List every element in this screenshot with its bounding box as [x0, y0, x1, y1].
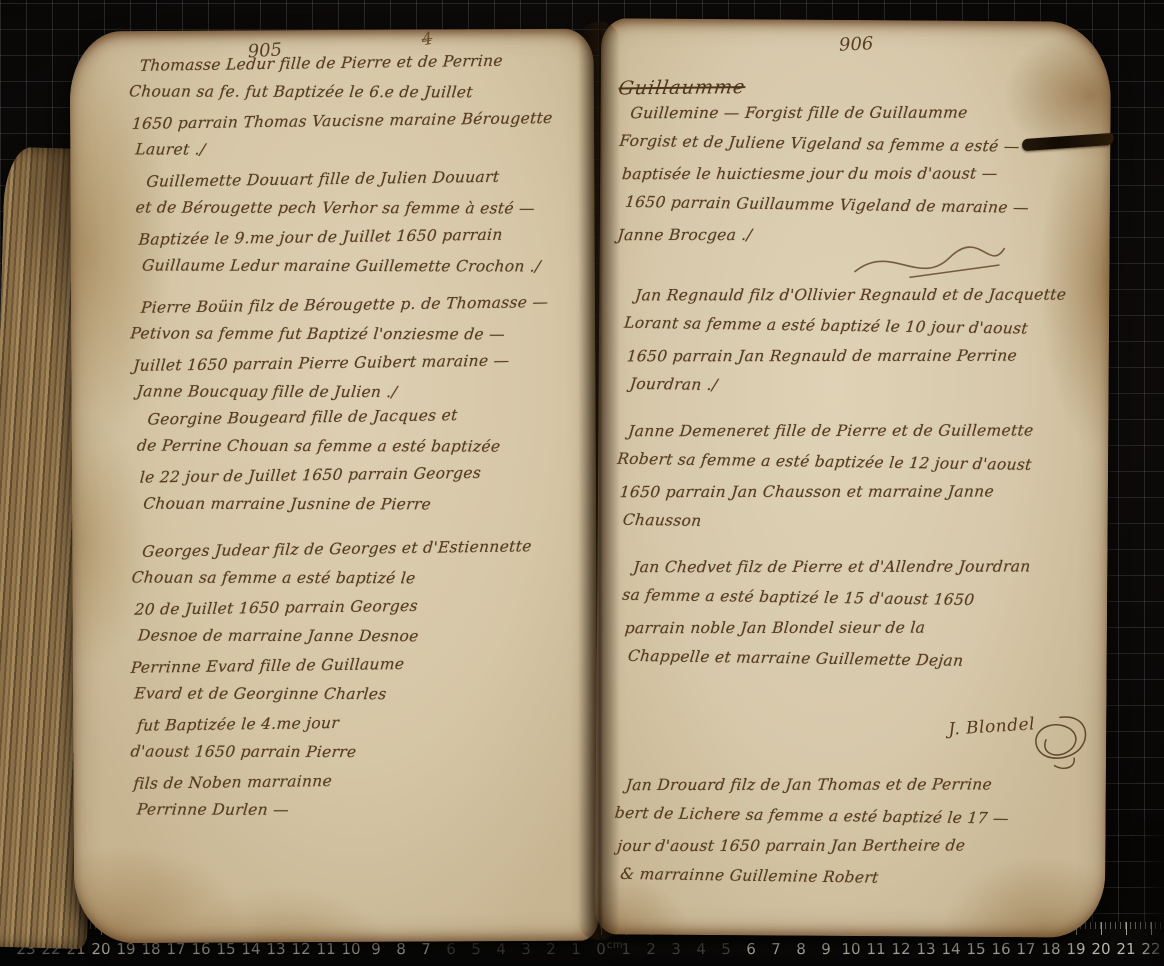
ruler-number: 6	[446, 940, 456, 958]
manuscript-line: 1650 parrain Jan Chausson et marraine Ja…	[619, 484, 1034, 500]
manuscript-line: 1650 parrain Guillaumme Vigeland de mara…	[624, 194, 1029, 215]
manuscript-line: parrain noble Jan Blondel sieur de la	[624, 620, 1031, 636]
struck-heading: Guillaumme	[617, 76, 747, 99]
manuscript-line: Chouan sa fe. fut Baptizée le 6.e de Jui…	[128, 84, 552, 101]
manuscript-line: Chausson	[622, 512, 1033, 534]
ruler-number: 2	[646, 940, 656, 958]
manuscript-line: Evard et de Georginne Charles	[134, 686, 533, 703]
manuscript-line: Guillemine — Forgist fille de Guillaumme	[630, 105, 1031, 121]
manuscript-line: Chouan sa femme a esté baptizé le	[131, 570, 532, 587]
manuscript-line: & marrainne Guillemine Robert	[620, 866, 1010, 887]
ruler-number: 8	[396, 940, 406, 958]
manuscript-line: Jan Chedvet filz de Pierre et d'Allendre…	[633, 560, 1032, 576]
ruler-number: 17	[1016, 940, 1035, 958]
ruler-number: 16	[991, 940, 1010, 958]
ruler-number: 4	[496, 940, 506, 958]
left-entry-2: Guillemette Douuart fille de Julien Douu…	[132, 171, 540, 289]
manuscript-line: Perrinne Evard fille de Guillaume	[130, 655, 533, 676]
ruler-number: 3	[671, 940, 681, 958]
manuscript-line: fils de Noben marrainne	[133, 771, 534, 792]
manuscript-line: Jan Regnauld filz d'Ollivier Regnauld et…	[634, 288, 1066, 304]
ruler-number: 1	[621, 940, 631, 958]
right-edge-shadow	[1138, 820, 1164, 966]
ruler-number: 20	[91, 940, 110, 958]
left-entry-1: Thomasse Ledur fille de Pierre et de Per…	[126, 55, 553, 173]
manuscript-line: 1650 parrain Thomas Vaucisne maraine Bér…	[131, 111, 553, 132]
right-entry-3: Janne Demeneret fille de Pierre et de Gu…	[614, 422, 1034, 547]
priest-signature: J. Blondel	[948, 714, 1036, 739]
manuscript-line: Lauret ./	[135, 142, 553, 159]
manuscript-line: Petivon sa femme fut Baptizé l'onziesme …	[130, 326, 549, 343]
left-entry-4: Georgine Bougeard fille de Jacques etde …	[134, 409, 501, 527]
ruler-number: 0	[596, 940, 606, 958]
manuscript-line: Janne Demeneret fille de Pierre et de Gu…	[628, 423, 1035, 439]
ruler-number: 20	[1091, 940, 1110, 958]
manuscript-line: Guillaume Ledur maraine Guillemette Croc…	[141, 258, 541, 275]
ruler-number: 9	[371, 940, 381, 958]
ruler-number: 14	[241, 940, 260, 958]
ruler-number: 15	[966, 940, 985, 958]
right-entry-2: Jan Regnauld filz d'Ollivier Regnauld et…	[620, 286, 1066, 411]
manuscript-line: le 22 jour de Juillet 1650 parrain Georg…	[139, 466, 501, 487]
left-entry-3: Pierre Boüin filz de Bérougette p. de Th…	[127, 297, 549, 415]
manuscript-line: Janne Boucquay fille de Julien ./	[136, 384, 549, 401]
manuscript-line: Jan Drouard filz de Jan Thomas et de Per…	[625, 777, 1010, 793]
ruler-number: 3	[521, 940, 531, 958]
ruler-number: 18	[1041, 940, 1060, 958]
ruler-number: 10	[841, 940, 860, 958]
right-entry-5: Jan Drouard filz de Jan Thomas et de Per…	[611, 776, 1009, 901]
manuscript-line: Thomasse Ledur fille de Pierre et de Per…	[139, 53, 553, 74]
ruler-number: 21	[1116, 940, 1135, 958]
manuscript-line: Chouan marraine Jusnine de Pierre	[143, 497, 502, 513]
right-page: 906 Guillaumme J. Blondel Guillemine — F…	[595, 18, 1111, 938]
ruler-number: 7	[771, 940, 781, 958]
ruler-number: 11	[316, 940, 335, 958]
ruler-number: 5	[721, 940, 731, 958]
ruler-number: 12	[291, 940, 310, 958]
ruler-number: 4	[696, 940, 706, 958]
manuscript-line: et de Bérougette pech Verhor sa femme à …	[135, 200, 541, 217]
ruler-number: 5	[471, 940, 481, 958]
ruler-number: 8	[796, 940, 806, 958]
ruler-number: 2	[546, 940, 556, 958]
ruler-number: 1	[571, 940, 581, 958]
manuscript-line: Baptizée le 9.me jour de Juillet 1650 pa…	[138, 227, 541, 248]
manuscript-line: Juillet 1650 parrain Pierre Guibert mara…	[133, 353, 549, 374]
manuscript-line: Janne Brocgea ./	[617, 227, 1030, 243]
manuscript-line: d'aoust 1650 parrain Pierre	[130, 744, 533, 761]
right-entry-4: Jan Chedvet filz de Pierre et d'Allendre…	[619, 558, 1031, 683]
manuscript-line: jour d'aoust 1650 parrain Jan Bertheire …	[617, 838, 1010, 854]
manuscript-line: fut Baptizée le 4.me jour	[137, 713, 534, 734]
manuscript-line: sa femme a esté baptizé le 15 d'aoust 16…	[622, 587, 1031, 609]
ruler-number: 10	[341, 940, 360, 958]
manuscript-line: Desnoe de marraine Janne Desnoe	[137, 628, 532, 645]
manuscript-line: de Perrine Chouan sa femme a esté baptiz…	[136, 439, 501, 455]
manuscript-line: Perrinne Durlen —	[136, 802, 533, 819]
manuscript-line: 1650 parrain Jan Regnauld de marraine Pe…	[626, 349, 1066, 365]
ruler-number: 12	[891, 940, 910, 958]
ruler-number: 11	[866, 940, 885, 958]
gathering-mark: 4	[420, 29, 434, 50]
left-page: 4 905 Thomasse Ledur fille de Pierre et …	[70, 29, 599, 944]
manuscript-line: Georgine Bougeard fille de Jacques et	[147, 408, 501, 428]
manuscript-line: Pierre Boüin filz de Bérougette p. de Th…	[140, 295, 548, 316]
manuscript-line: Chappelle et marraine Guillemette Dejan	[627, 648, 1030, 669]
manuscript-line: Lorant sa femme a esté baptizé le 10 jou…	[623, 315, 1066, 337]
ruler-number: 14	[941, 940, 960, 958]
manuscript-line: Robert sa femme a esté baptizée le 12 jo…	[616, 451, 1033, 473]
ruler-number: 7	[421, 940, 431, 958]
ruler-number: 6	[746, 940, 756, 958]
manuscript-line: Jourdran ./	[629, 376, 1066, 398]
right-page-number: 906	[839, 33, 874, 56]
manuscript-line: Georges Judear filz de Georges et d'Esti…	[142, 539, 533, 560]
right-entry-1: Guillemine — Forgist fille de Guillaumme…	[616, 104, 1030, 259]
ruler-number: 9	[821, 940, 831, 958]
manuscript-line: Forgist et de Juliene Vigeland sa femme …	[619, 133, 1030, 155]
manuscript-line: baptisée le huictiesme jour du mois d'ao…	[621, 166, 1030, 182]
manuscript-line: 20 de Juillet 1650 parrain Georges	[134, 597, 533, 618]
left-entry-5: Georges Judear filz de Georges et d'Esti…	[128, 541, 533, 833]
ruler-number: 13	[916, 940, 935, 958]
ruler-number: 19	[1066, 940, 1085, 958]
ruler-number: 13	[266, 940, 285, 958]
manuscript-line: bert de Lichere sa femme a esté baptizé …	[614, 805, 1010, 826]
manuscript-line: Guillemette Douuart fille de Julien Douu…	[146, 169, 541, 190]
